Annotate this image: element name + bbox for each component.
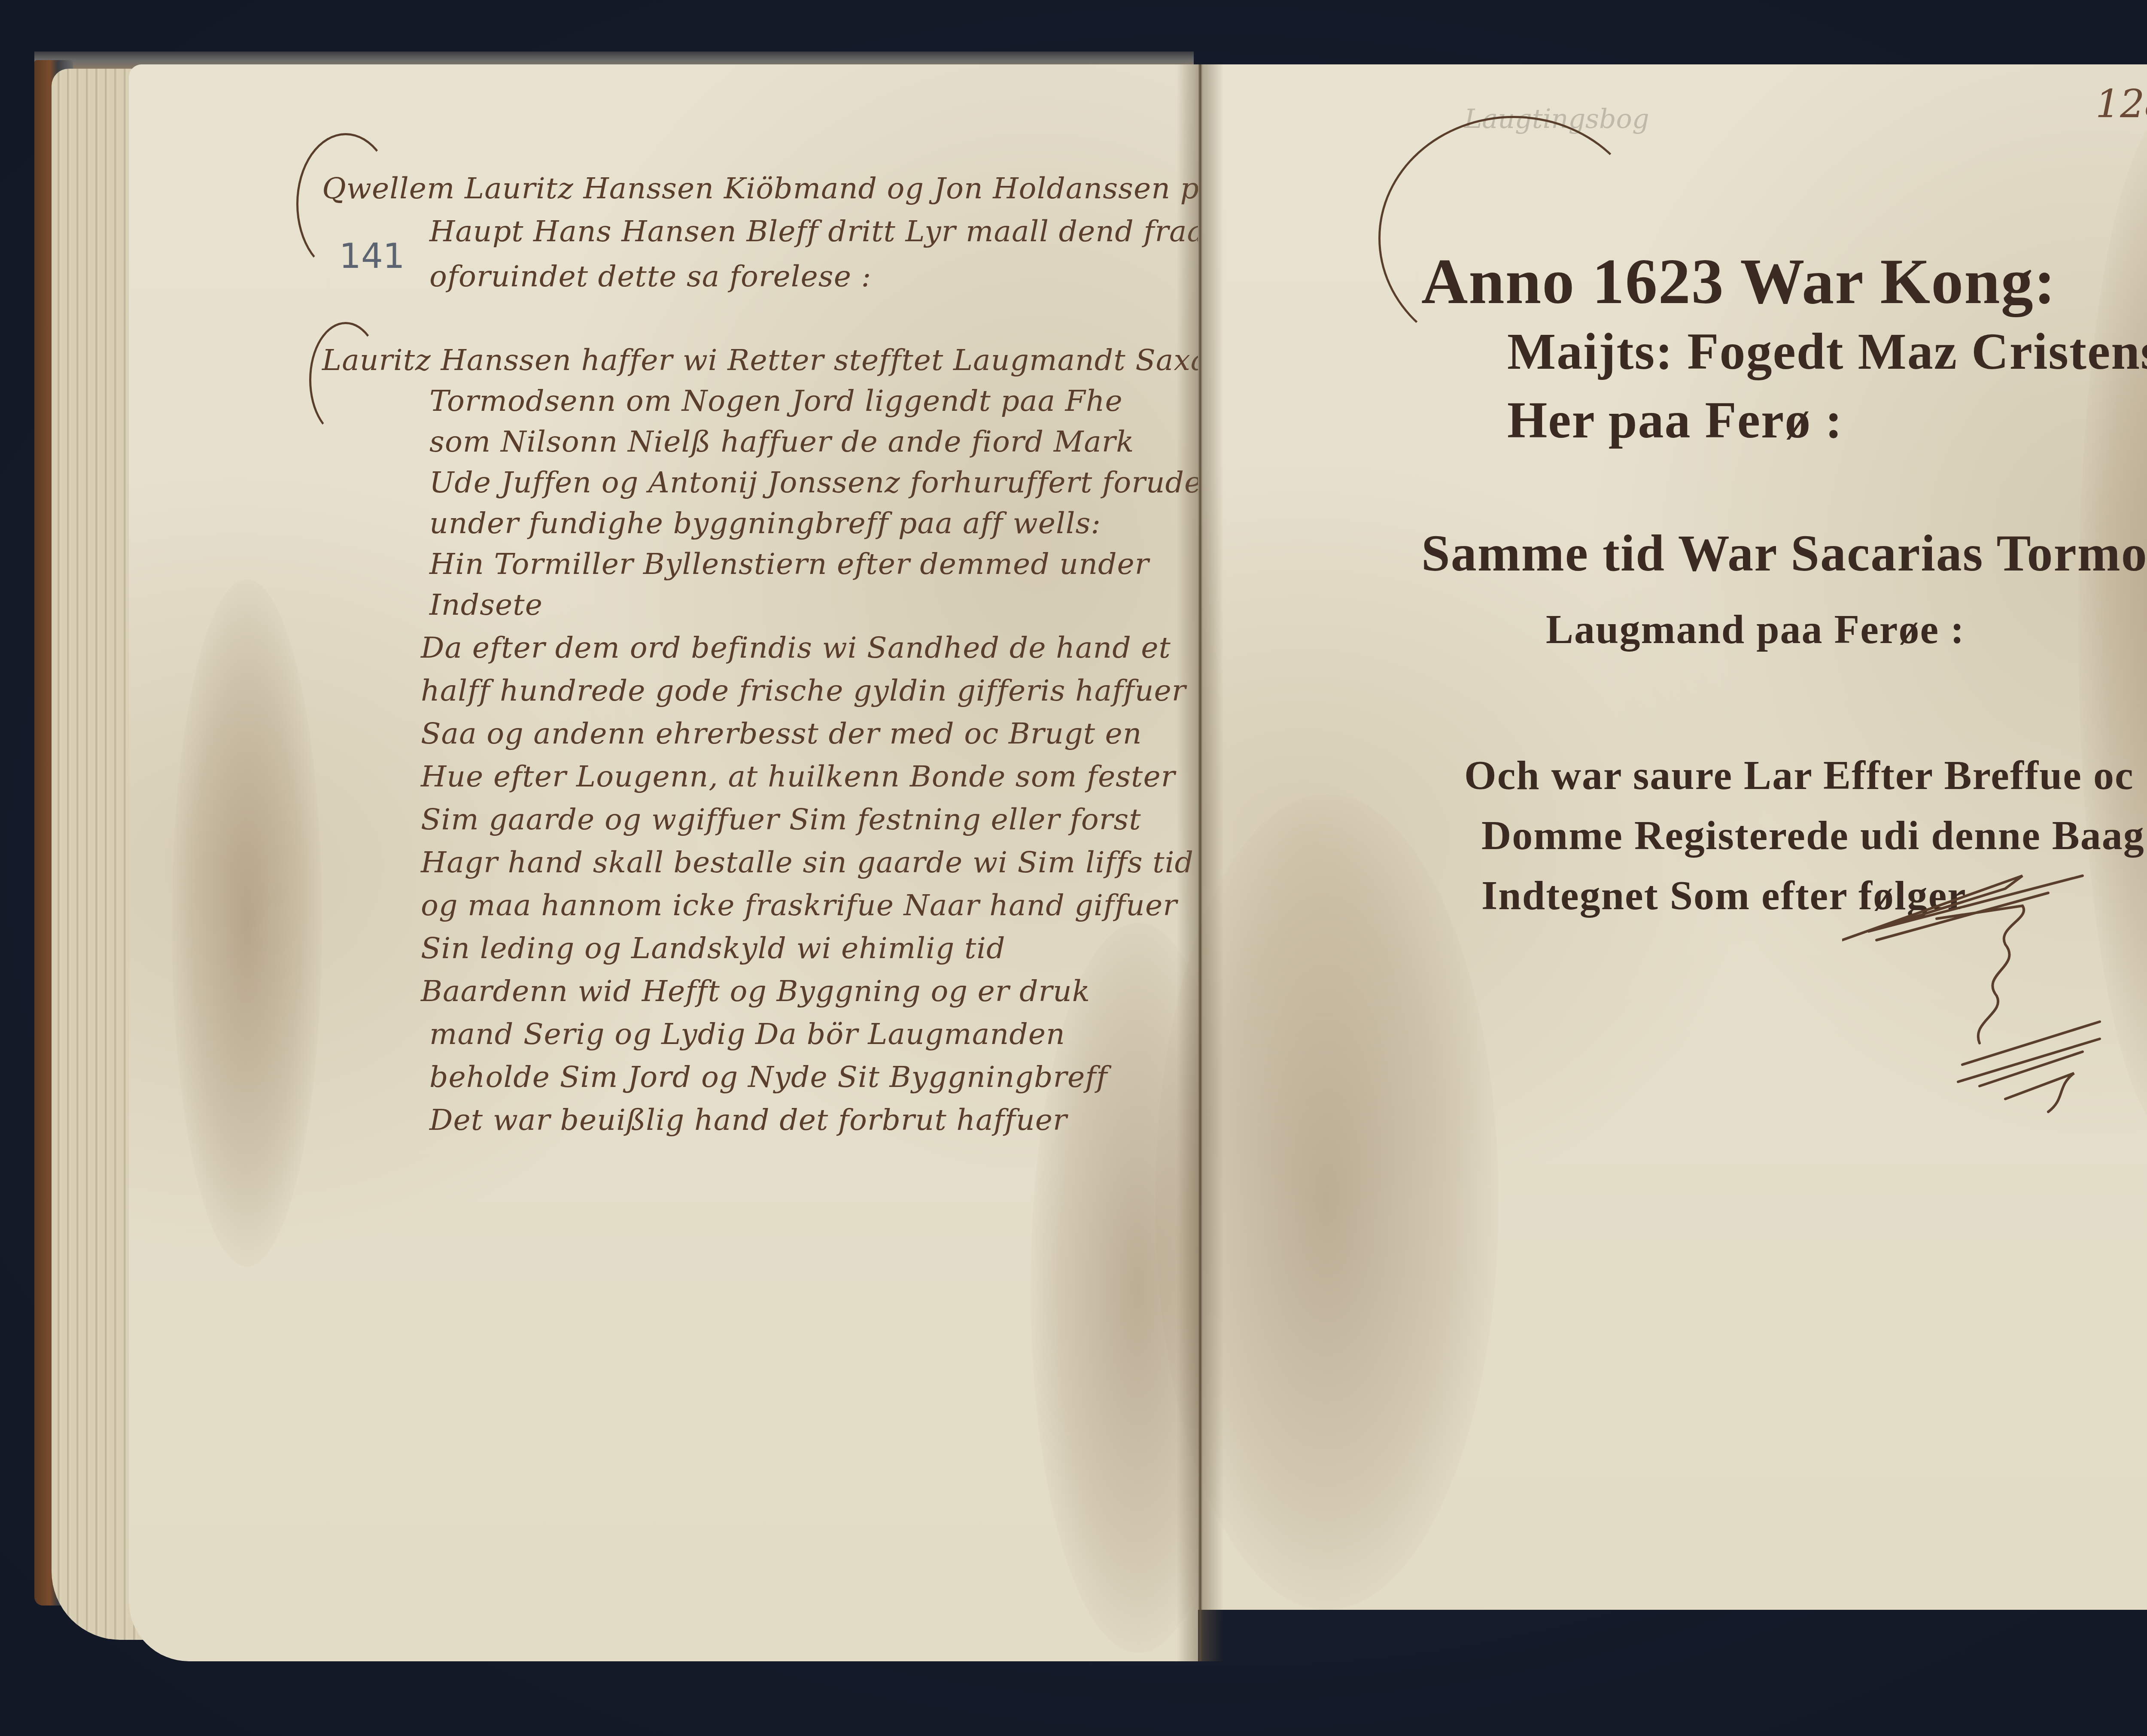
body-line: Domme Registerede udi denne Baag xyxy=(1481,811,2145,859)
heading-line: Laugmand paa Ferøe : xyxy=(1546,605,1965,653)
text-line: Lauritz Hanssen haffer wi Retter steffte… xyxy=(322,343,1248,377)
text-line: Haupt Hans Hansen Bleff dritt Lyr maall … xyxy=(429,215,1271,249)
right-page: 128 Laugtingsbog Anno 1623 War Kong: Mai… xyxy=(1198,64,2147,1610)
initial-flourish xyxy=(309,322,382,438)
margin-note: 141 xyxy=(339,236,405,276)
text-line: under fundighe byggningbreff paa aff wel… xyxy=(429,507,1101,540)
heading-line: Her paa Ferø : xyxy=(1507,391,1843,450)
text-line: Da efter dem ord befindis wi Sandhed de … xyxy=(421,631,1171,665)
text-line: oforuindet dette sa forelese : xyxy=(429,260,871,294)
folio-number: 128 xyxy=(2095,82,2147,127)
text-line: mand Serig og Lydig Da bör Laugmanden xyxy=(429,1017,1065,1051)
text-line: Saa og andenn ehrerbesst der med oc Brug… xyxy=(421,717,1142,751)
text-line: Ude Juffen og Antonij Jonssenz forhuruff… xyxy=(429,466,1229,500)
closing-flourish xyxy=(1842,859,2143,1116)
left-page: 141 Qwellem Lauritz Hanssen Kiöbmand og … xyxy=(129,64,1198,1661)
text-line: Sim gaarde og wgiffuer Sim festning elle… xyxy=(421,803,1141,837)
heading-line: Maijts: Fogedt Maz Cristensen xyxy=(1507,322,2147,381)
text-line: Sin leding og Landskyld wi ehimlig tid xyxy=(421,932,1006,965)
text-line: Qwellem Lauritz Hanssen Kiöbmand og Jon … xyxy=(322,172,1306,206)
text-line: Hagr hand skall bestalle sin gaarde wi S… xyxy=(421,846,1194,880)
text-line: Hue efter Lougenn, at huilkenn Bonde som… xyxy=(421,760,1175,794)
text-line: Tormodsenn om Nogen Jord liggendt paa Fh… xyxy=(429,384,1123,418)
heading-line: Samme tid War Sacarias Tormodsen xyxy=(1421,524,2147,583)
text-line: og maa hannom icke fraskrifue Naar hand … xyxy=(421,889,1177,923)
heading-line: Anno 1623 War Kong: xyxy=(1421,245,2056,319)
text-line: Indsete xyxy=(429,588,543,622)
book-gutter xyxy=(1177,64,1224,1661)
text-line: som Nilsonn Nielß haffuer de ande fiord … xyxy=(429,425,1134,459)
text-line: Hin Tormiller Byllenstiern efter demmed … xyxy=(429,547,1149,581)
water-stain xyxy=(172,580,322,1266)
text-line: beholde Sim Jord og Nyde Sit Byggningbre… xyxy=(429,1060,1108,1094)
text-line: Det war beuißlig hand det forbrut haffue… xyxy=(429,1103,1067,1137)
text-line: halff hundrede gode frische gyldin giffe… xyxy=(421,674,1186,708)
text-line: Baardenn wid Hefft og Byggning og er dru… xyxy=(421,974,1090,1008)
body-line: Och war saure Lar Effter Breffue oc xyxy=(1464,751,2134,799)
